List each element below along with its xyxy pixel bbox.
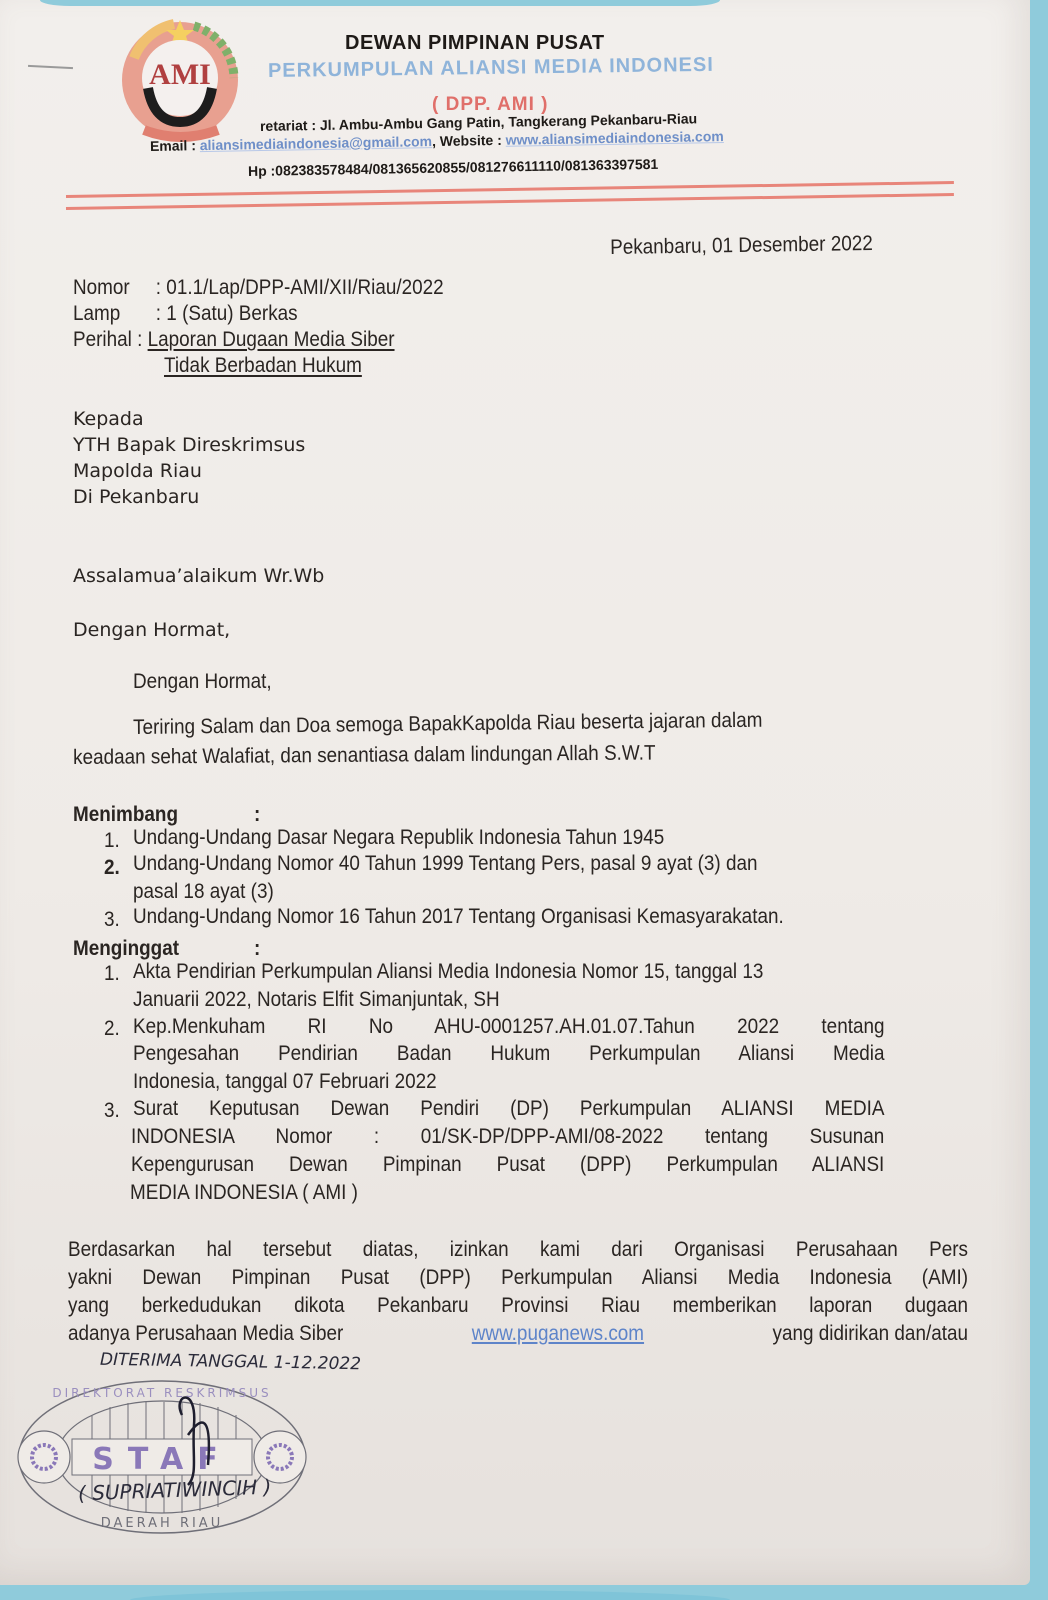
letter-page: AMI DEWAN PIMPINAN PUSAT PERKUMPULAN ALI… [0,0,1030,1585]
greeting: Assalamua’alaikum Wr.Wb [73,565,324,587]
received-stamp: STAF DIREKTORAT RESKRIMSUS DAERAH RIAU [12,1375,312,1535]
list-number: 2. [104,1017,120,1041]
meta-label: Nomor [73,276,156,300]
list-item-continued: Kepengurusan Dewan Pimpinan Pusat (DPP) … [131,1153,884,1177]
salutation: Dengan Hormat, [133,670,272,694]
place-date: Pekanbaru, 01 Desember 2022 [610,232,873,260]
opening-line: keadaan sehat Walafiat, dan senantiasa d… [73,741,656,770]
meta-value: : 1 (Satu) Berkas [156,302,298,325]
section-colon: : [254,937,260,961]
recipient-line: YTH Bapak Direskrimsus [73,434,305,456]
background-edge-bottom [130,1590,730,1600]
letterhead-organization: PERKUMPULAN ALIANSI MEDIA INDONESI [268,54,714,83]
website-link[interactable]: www.aliansimediaindonesia.com [506,128,724,148]
salutation: Dengan Hormat, [73,619,230,641]
website-label: , Website : [432,132,506,149]
list-item: Akta Pendirian Perkumpulan Aliansi Media… [133,960,763,984]
body-line: Berdasarkan hal tersebut diatas, izinkan… [68,1238,968,1262]
list-item-continued: MEDIA INDONESIA ( AMI ) [130,1181,358,1205]
meta-lamp: Lamp: 1 (Satu) Berkas [73,302,298,326]
list-number: 2. [104,856,120,880]
list-item: Undang-Undang Nomor 16 Tahun 2017 Tentan… [133,905,784,929]
recipient-line: Di Pekanbaru [73,486,199,508]
opening-line: Teriring Salam dan Doa semoga BapakKapol… [133,709,763,740]
list-number: 1. [104,962,120,986]
section-heading-menimbang: Menimbang [73,803,178,827]
body-line: yang berkedudukan dikota Pekanbaru Provi… [68,1294,968,1318]
meta-label: Perihal [73,328,132,352]
list-item: Kep.Menkuham RI No AHU-0001257.AH.01.07.… [133,1015,885,1039]
letterhead-title: DEWAN PIMPINAN PUSAT [345,32,605,55]
background-edge-top [40,0,720,6]
email-link[interactable]: aliansimediaindonesia@gmail.com [200,133,433,153]
list-item-continued: Indonesia, tanggal 07 Februari 2022 [133,1070,437,1094]
meta-value: Laporan Dugaan Media Siber [148,328,395,351]
svg-text:STAF: STAF [92,1442,231,1477]
body-text: adanya Perusahaan Media Siber [68,1322,343,1346]
pencil-mark [28,65,73,69]
svg-text:DAERAH RIAU: DAERAH RIAU [101,1516,223,1531]
list-item: Surat Keputusan Dewan Pendiri (DP) Perku… [133,1097,885,1121]
letterhead-phone: Hp :082383578484/081365620855/0812766111… [248,156,659,179]
list-item-continued: pasal 18 ayat (3) [133,880,274,904]
body-line: yakni Dewan Pimpinan Pusat (DPP) Perkump… [68,1266,968,1290]
svg-text:AMI: AMI [149,58,211,91]
email-label: Email : [150,137,200,154]
list-item: Undang-Undang Dasar Negara Republik Indo… [133,826,664,850]
meta-nomor: Nomor: 01.1/Lap/DPP-AMI/XII/Riau/2022 [73,276,444,300]
puganews-link[interactable]: www.puganews.com [472,1322,644,1346]
list-item-continued: Pengesahan Pendirian Badan Hukum Perkump… [133,1042,885,1066]
meta-value: : 01.1/Lap/DPP-AMI/XII/Riau/2022 [156,276,444,299]
meta-perihal-line2: Tidak Berbadan Hukum [164,354,362,378]
section-heading-mengingat: Menginggat [73,937,179,961]
body-text: yang didirikan dan/atau [773,1322,968,1346]
handwritten-received-note: DITERIMA TANGGAL 1-12.2022 [100,1350,361,1375]
svg-text:DIREKTORAT RESKRIMSUS: DIREKTORAT RESKRIMSUS [52,1386,271,1400]
list-number: 3. [104,908,120,932]
ami-logo-icon: AMI [114,18,254,148]
recipient-line: Kepada [73,408,144,430]
list-item-continued: Januarii 2022, Notaris Elfit Simanjuntak… [133,988,500,1012]
list-item-continued: INDONESIA Nomor : 01/SK-DP/DPP-AMI/08-20… [131,1125,884,1149]
recipient-line: Mapolda Riau [73,460,202,482]
list-number: 1. [104,829,120,853]
section-colon: : [254,803,260,827]
meta-perihal: Perihal : Laporan Dugaan Media Siber [73,328,395,352]
meta-label: Lamp [73,302,156,326]
body-line: adanya Perusahaan Media Siber www.pugane… [68,1322,968,1346]
list-number: 3. [104,1099,120,1123]
list-item: Undang-Undang Nomor 40 Tahun 1999 Tentan… [133,852,757,876]
